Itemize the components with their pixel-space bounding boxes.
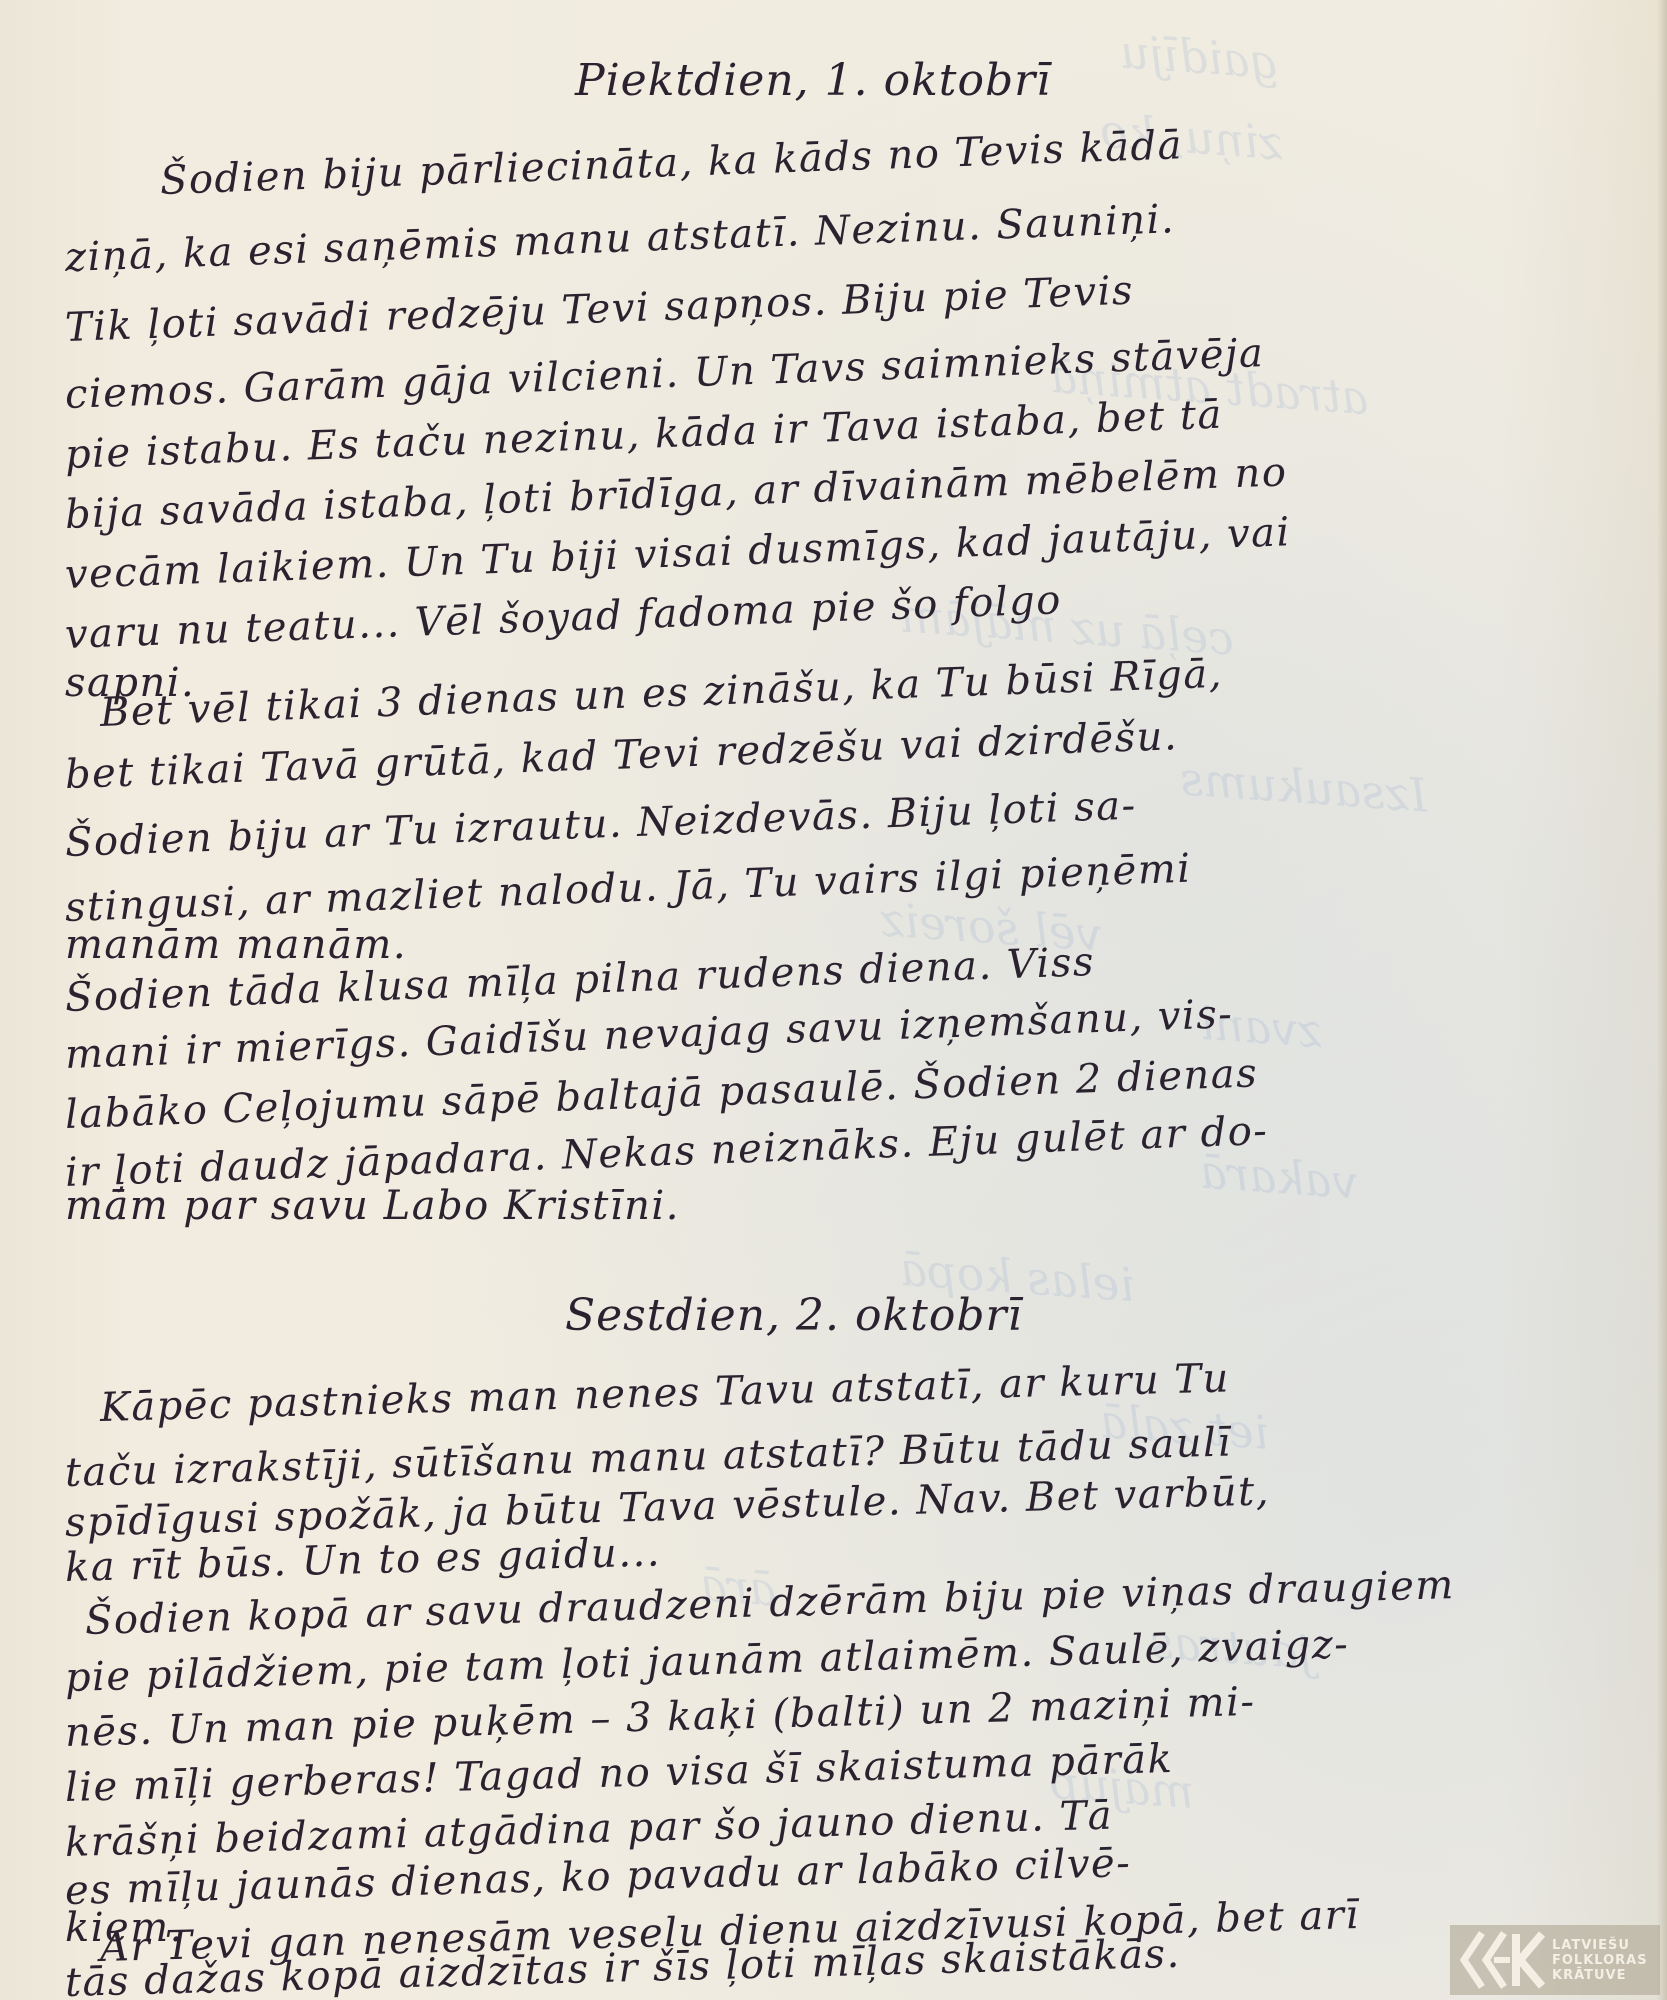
diary-line: ziņā, ka esi saņēmis manu atstatī. Nezin… [64,196,1176,281]
archive-name-line: KRĀTUVE [1552,1968,1648,1983]
archive-name-line: LATVIEŠU [1552,1938,1648,1953]
entry-date-heading: Piektdien, 1. oktobrī [575,55,1051,106]
diary-line: Tik ļoti savādi redzēju Tevi sapņos. Bij… [64,268,1134,351]
archive-name-line: FOLKLORAS [1552,1953,1648,1968]
scanned-page: gaidīju ziņu, ko atradt atmiņā ceļā uz m… [0,0,1667,2000]
handwritten-text: Piektdien, 1. oktobrī Šodien biju pārlie… [0,0,1667,2000]
archive-name: LATVIEŠU FOLKLORAS KRĀTUVE [1552,1938,1648,1983]
diary-line: Kāpēc pastnieks man nenes Tavu atstatī, … [99,1355,1230,1431]
entry-date-heading: Sestdien, 2. oktobrī [565,1290,1023,1341]
diary-line: mām par savu Labo Kristīni. [65,1183,680,1229]
diary-line: Šodien biju pārliecināta, ka kāds no Tev… [159,122,1183,204]
archive-watermark-logo: LATVIEŠU FOLKLORAS KRĀTUVE [1450,1925,1660,1995]
diary-line: manām manām. [65,922,407,968]
lfk-chevron-logo-icon [1458,1930,1548,1990]
